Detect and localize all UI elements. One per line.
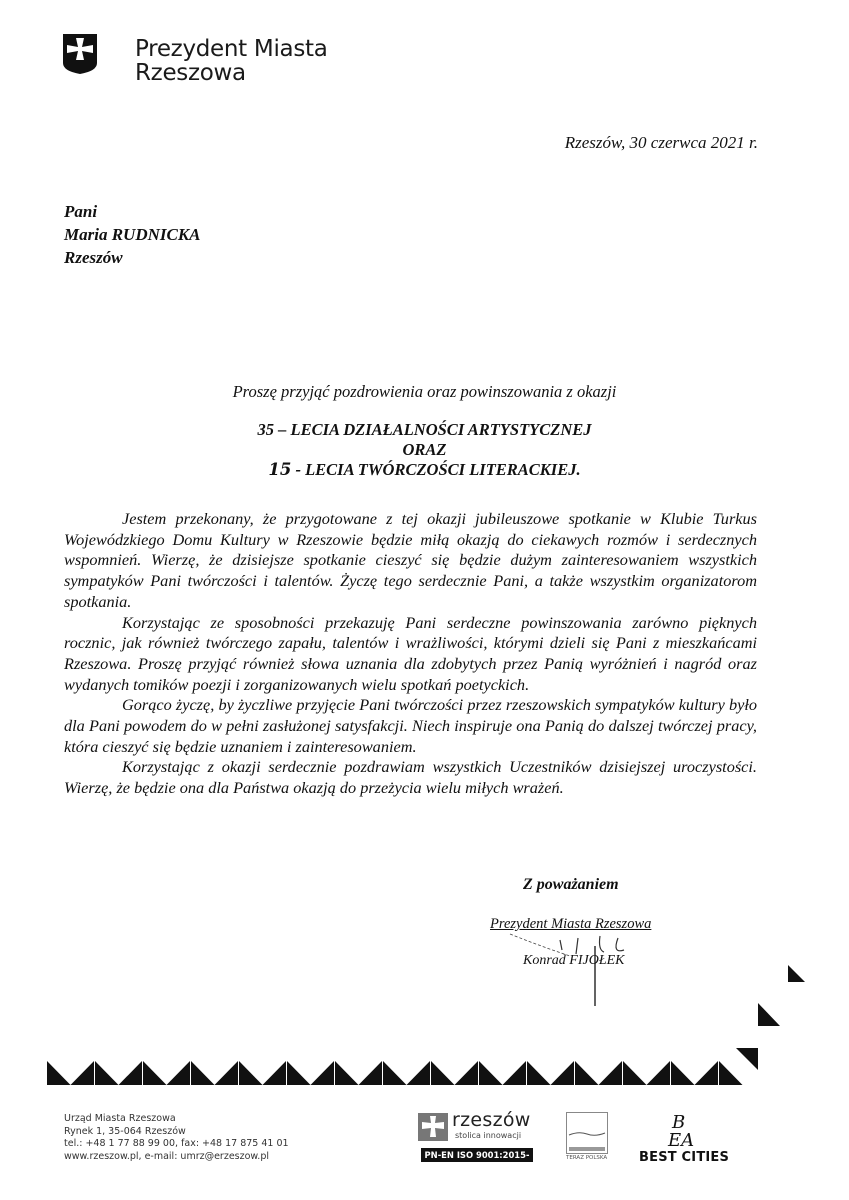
rzeszow-logo-tagline: stolica innowacji [455, 1131, 521, 1140]
handwritten-number: 15 [268, 460, 291, 479]
best-cities-label: BEST CITIES [639, 1150, 729, 1165]
occasion-block: 35 – LECIA DZIAŁALNOŚCI ARTYSTYCZNEJ ORA… [0, 420, 849, 480]
occasion-line2: ORAZ [0, 440, 849, 460]
svg-text:EA: EA [667, 1130, 694, 1150]
body-paragraph: Gorąco życzę, by życzliwe przyjęcie Pani… [64, 695, 757, 757]
body-paragraph: Korzystając ze sposobności przekazuję Pa… [64, 613, 757, 696]
occasion-line1: 35 – LECIA DZIAŁALNOŚCI ARTYSTYCZNEJ [0, 420, 849, 440]
footer-street: Rynek 1, 35-064 Rzeszów [64, 1126, 289, 1139]
flag-wave-icon [567, 1113, 607, 1153]
body-paragraph: Jestem przekonany, że przygotowane z tej… [64, 509, 757, 613]
rzeszow-logo-name: rzeszów [452, 1109, 531, 1131]
ba-monogram-icon: B EA [664, 1110, 700, 1150]
teraz-polska-logo: TERAZ POLSKA [566, 1112, 608, 1162]
recipient-block: Pani Maria RUDNICKA Rzeszów [64, 200, 201, 269]
recipient-city: Rzeszów [64, 246, 201, 269]
teraz-polska-label: TERAZ POLSKA [566, 1155, 612, 1161]
issuer-title: Prezydent Miasta Rzeszowa [135, 37, 328, 85]
intro-line: Proszę przyjąć pozdrowienia oraz powinsz… [0, 382, 849, 402]
rzeszow-emblem-icon [418, 1113, 448, 1141]
recipient-salutation: Pani [64, 200, 201, 223]
footer-address: Urząd Miasta Rzeszowa Rynek 1, 35-064 Rz… [64, 1113, 289, 1163]
signatory-name: Konrad FIJOŁEK [523, 953, 625, 969]
coat-of-arms-icon [62, 33, 98, 75]
footer-web: www.rzeszow.pl, e-mail: umrz@erzeszow.pl [64, 1151, 289, 1164]
body-paragraph: Korzystając z okazji serdecznie pozdrawi… [64, 757, 757, 798]
issuer-title-line2: Rzeszowa [135, 61, 328, 85]
closing-phrase: Z poważaniem [523, 876, 619, 894]
letter-body: Jestem przekonany, że przygotowane z tej… [64, 509, 757, 799]
occasion-line3: 15 - LECIA TWÓRCZOŚCI LITERACKIEJ. [0, 460, 849, 480]
footer-office: Urząd Miasta Rzeszowa [64, 1113, 289, 1126]
occasion-line3-text: - LECIA TWÓRCZOŚCI LITERACKIEJ. [291, 460, 580, 479]
letter-date: Rzeszów, 30 czerwca 2021 r. [565, 133, 758, 153]
footer-phone: tel.: +48 1 77 88 99 00, fax: +48 17 875… [64, 1138, 289, 1151]
recipient-name: Maria RUDNICKA [64, 223, 201, 246]
teraz-polska-emblem [566, 1112, 608, 1154]
rzeszow-logo: rzeszów stolica innowacji PN-EN ISO 9001… [418, 1111, 538, 1165]
iso-badge: PN-EN ISO 9001:2015-10 [421, 1148, 533, 1162]
best-cities-logo: B EA BEST CITIES [636, 1110, 736, 1166]
issuer-title-line1: Prezydent Miasta [135, 37, 328, 61]
decorative-triangle-band [45, 1057, 745, 1087]
